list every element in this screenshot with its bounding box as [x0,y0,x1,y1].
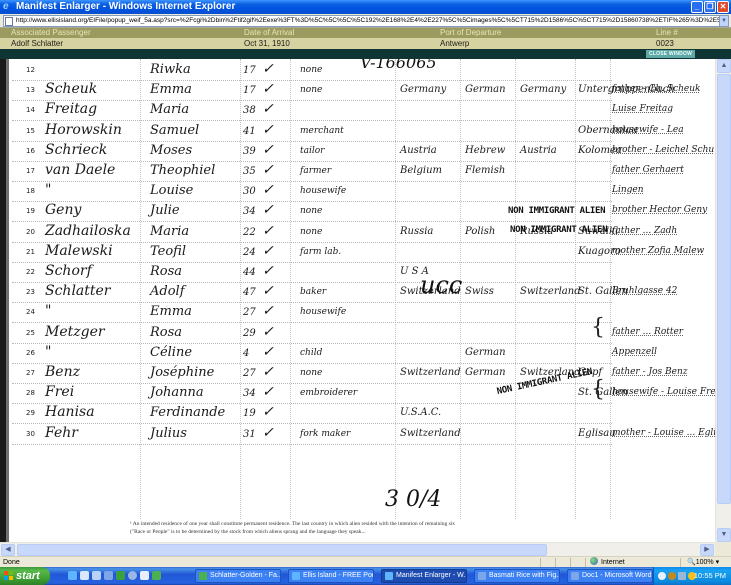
app-icon [199,572,207,580]
manifest-age: 17 [243,85,256,96]
manifest-given: Teofil [150,244,186,259]
manifest-surname: " [45,182,51,198]
manifest-relative: brother - Leichel Schu [612,145,714,155]
manifest-given: Ferdinande [150,405,225,420]
manifest-surname: Metzger [45,324,105,340]
manifest-relative: mother Zofia Malew [612,246,704,256]
manifest-row: 29HanisaFerdinande19U.S.A.C.✓ [0,404,715,424]
app-icon [571,572,579,580]
zoom-value: 100% [696,559,714,566]
start-button[interactable]: start [0,567,50,585]
manifest-relative: father Gerhaert [612,165,684,175]
scroll-right-button[interactable]: ▶ [700,544,714,556]
address-dropdown-button[interactable]: ▼ [719,15,729,27]
checkmark-icon: ✓ [262,61,274,77]
checkmark-icon: ✓ [262,122,274,138]
line-number: 30 [26,430,35,438]
manifest-nationality: Switzerland [400,367,461,378]
checkmark-icon: ✓ [262,162,274,178]
manifest-row: 15HorowskinSamuel41merchantObernaulauhou… [0,122,715,142]
header-port-of-departure: Port of Departure [440,28,501,38]
manifest-given: Maria [150,224,189,239]
quicklaunch-messenger-icon[interactable] [152,571,161,580]
manifest-race: Hebrew [465,145,505,156]
page-icon [5,17,13,26]
manifest-nationality: Austria [400,145,437,156]
manifest-nationality: Belgium [400,165,442,176]
checkmark-icon: ✓ [262,425,274,441]
taskbar-button-label: Schlatter-Golden - Fa... [210,572,281,579]
address-input[interactable]: http://www.ellisisland.org/EIFile/popup_… [3,15,721,27]
manifest-given: Johanna [150,385,204,400]
manifest-given: Louise [150,183,193,198]
bracket-mark: { [591,377,605,402]
address-url: http://www.ellisisland.org/EIFile/popup_… [16,17,721,24]
tray-network-icon[interactable] [678,572,686,580]
minimize-button[interactable]: _ [691,1,703,13]
manifest-row: 16SchrieckMoses39tailorAustriaHebrewAust… [0,142,715,162]
manifest-row: 14FreitagMaria38Luise Freitag✓ [0,101,715,121]
manifest-age: 17 [243,65,256,76]
manifest-age: 24 [243,247,256,258]
checkmark-icon: ✓ [262,303,274,319]
line-number: 26 [26,349,35,357]
manifest-age: 35 [243,166,256,177]
taskbar-button-label: Manifest Enlarger - W... [396,572,467,579]
line-number: 25 [26,329,35,337]
manifest-given: Theophiel [150,163,215,178]
manifest-row: 26"Céline4childGermanAppenzell✓ [0,344,715,364]
quicklaunch-excel-icon[interactable] [116,571,125,580]
checkmark-icon: ✓ [262,263,274,279]
manifest-relative: housewife - Louise Frei [612,387,715,397]
checkmark-icon: ✓ [262,344,274,360]
manifest-relative: Appenzell [612,347,657,357]
manifest-occupation: tailor [300,146,324,156]
line-number: 29 [26,409,35,417]
manifest-surname: Zadhailoska [45,223,131,239]
manifest-surname: Fehr [45,425,78,441]
manifest-surname: Schrieck [45,142,107,158]
manifest-country: Austria [520,145,557,156]
manifest-given: Adolf [150,284,185,299]
manifest-image: V-166065 12Riwka17none✓13ScheukEmma17non… [0,59,715,542]
clock: 10:55 PM [694,567,726,585]
manifest-surname: van Daele [45,162,115,178]
manifest-occupation: merchant [300,126,344,136]
passenger-info-row: Adolf Schlatter Oct 31, 1910 Antwerp 002… [0,38,731,49]
close-button[interactable]: ✕ [717,1,729,13]
manifest-age: 39 [243,146,256,157]
checkmark-icon: ✓ [262,101,274,117]
manifest-given: Joséphine [150,365,214,380]
manifest-occupation: housewife [300,307,346,317]
app-icon [478,572,486,580]
manifest-occupation: farm lab. [300,247,341,257]
manifest-surname: " [45,303,51,319]
line-number: 0023 [656,38,674,49]
manifest-row: 12Riwka17none✓ [0,61,715,81]
manifest-row: 22SchorfRosa44U S A✓ [0,263,715,283]
manifest-surname: Schorf [45,263,92,279]
manifest-relative: housewife - Lea [612,125,684,135]
manifest-surname: Freitag [45,101,97,117]
manifest-occupation: none [300,206,322,216]
manifest-row: 19GenyJulie34nonebrother Hector Geny✓ [0,202,715,222]
line-number: 17 [26,167,35,175]
arrival-date: Oct 31, 1910 [244,38,290,49]
manifest-race: Swiss [465,286,494,297]
non-immigrant-stamp-2: NON IMMIGRANT ALIEN [510,225,607,235]
scroll-down-button[interactable]: ▼ [717,528,731,542]
manifest-row: 13ScheukEmma17noneGermanyGermanGermanyUn… [0,81,715,101]
checkmark-icon: ✓ [262,404,274,420]
manifest-occupation: none [300,368,322,378]
passenger-name: Adolf Schlatter [11,38,63,49]
manifest-nationality: U.S.A.C. [400,407,441,418]
restore-button[interactable]: ❐ [704,1,716,13]
manifest-row: 24"Emma27housewife✓ [0,303,715,323]
taskbar-button-label: Ellis Island - FREE Por... [303,572,374,579]
line-number: 18 [26,187,35,195]
manifest-row: 18"Louise30housewifeLingen✓ [0,182,715,202]
manifest-nationality: Russia [400,226,433,237]
quicklaunch-desktop-icon[interactable] [80,571,89,580]
manifest-race: German [465,367,506,378]
manifest-given: Riwka [150,62,191,77]
manifest-occupation: none [300,65,322,75]
checkmark-icon: ✓ [262,202,274,218]
manifest-race: German [465,84,506,95]
vertical-scrollbar[interactable]: ▲ ▼ [715,59,731,542]
horizontal-scroll-thumb[interactable] [17,544,547,556]
manifest-surname: Schlatter [45,283,111,299]
non-immigrant-stamp-1: NON IMMIGRANT ALIEN [508,206,605,216]
manifest-row: 20ZadhailoskaMaria22noneRussiaPolishRuss… [0,223,715,243]
scroll-corner [715,542,731,556]
manifest-given: Emma [150,304,192,319]
line-number: 27 [26,369,35,377]
checkmark-icon: ✓ [262,384,274,400]
manifest-age: 29 [243,328,256,339]
manifest-given: Samuel [150,123,199,138]
line-number: 20 [26,228,35,236]
manifest-surname: " [45,344,51,360]
manifest-occupation: none [300,85,322,95]
line-number: 19 [26,207,35,215]
line-number: 22 [26,268,35,276]
taskbar-button-label: Basmati Rice with Fig... [489,572,560,579]
app-icon [385,572,393,580]
manifest-age: 47 [243,287,256,298]
passenger-info-header: Associated Passenger Date of Arrival Por… [0,28,731,38]
line-number: 21 [26,248,35,256]
zone-label: Internet [601,559,625,566]
tray-security-icon[interactable] [668,572,676,580]
app-icon [292,572,300,580]
manifest-relative: father - Ch. Scheuk [612,84,700,94]
tray-arrow-icon[interactable] [658,572,666,580]
manifest-age: 19 [243,408,256,419]
manifest-occupation: housewife [300,186,346,196]
windows-logo-icon [4,571,14,581]
manifest-age: 34 [243,206,256,217]
manifest-given: Emma [150,82,192,97]
footnote-line: ("Race or People" is to be determined by… [130,528,455,536]
manifest-surname: Scheuk [45,81,97,97]
manifest-given: Rosa [150,264,182,279]
manifest-city: Eglisau [578,428,616,439]
line-number: 28 [26,389,35,397]
header-line-number: Line # [656,28,678,38]
horizontal-scrollbar[interactable]: ◀ ▶ [0,542,715,556]
manifest-occupation: child [300,348,322,358]
globe-icon [590,557,598,565]
line-number: 24 [26,308,35,316]
taskbar-button[interactable]: Ellis Island - FREE Por... [288,569,374,583]
bracket-mark: { [591,315,605,340]
manifest-surname: Geny [45,202,81,218]
close-window-bar: CLOSE WINDOW [0,49,731,59]
usa-annotation: ucc [420,271,462,299]
title-bar: e Manifest Enlarger - Windows Internet E… [0,0,731,14]
quicklaunch-media-icon[interactable] [92,571,101,580]
header-date-of-arrival: Date of Arrival [244,28,294,38]
manifest-given: Céline [150,345,192,360]
manifest-surname: Horowskin [45,122,122,138]
line-number: 13 [26,86,35,94]
line-number: 23 [26,288,35,296]
quicklaunch-outlook-icon[interactable] [128,571,137,580]
line-number: 14 [26,106,35,114]
window-title: Manifest Enlarger - Windows Internet Exp… [16,1,235,12]
manifest-age: 30 [243,186,256,197]
address-bar: http://www.ellisisland.org/EIFile/popup_… [0,14,731,28]
manifest-age: 27 [243,368,256,379]
line-number: 16 [26,147,35,155]
taskbar-button[interactable]: Basmati Rice with Fig... [474,569,560,583]
checkmark-icon: ✓ [262,324,274,340]
footnote-line: ¹ An intended residence of one year shal… [130,520,455,528]
manifest-relative: Bruhlgasse 42 [612,286,677,296]
manifest-row: 23SchlatterAdolf47bakerSwitzerlandSwissS… [0,283,715,303]
manifest-nationality: Germany [400,84,446,95]
manifest-given: Julie [150,203,180,218]
manifest-occupation: embroiderer [300,388,357,398]
manifest-given: Rosa [150,325,182,340]
checkmark-icon: ✓ [262,142,274,158]
manifest-country: Switzerland [520,286,581,297]
manifest-race: Polish [465,226,495,237]
manifest-occupation: baker [300,287,326,297]
manifest-relative: Lingen [612,185,644,195]
manifest-row: 25MetzgerRosa29father ... Rotter✓ [0,324,715,344]
manifest-nationality: Switzerland [400,428,461,439]
taskbar-button[interactable]: Doc1 - Microsoft Word [567,569,653,583]
taskbar-button[interactable]: Schlatter-Golden - Fa... [195,569,281,583]
taskbar-button-label: Doc1 - Microsoft Word [582,572,652,579]
manifest-row: 28FreiJohanna34embroidererSt. Gallenhous… [0,384,715,404]
start-label: start [16,570,40,582]
browser-window: e Manifest Enlarger - Windows Internet E… [0,0,731,567]
page-content: Associated Passenger Date of Arrival Por… [0,28,731,542]
checkmark-icon: ✓ [262,182,274,198]
manifest-row: 21MalewskiTeofil24farm lab.Kuagoromother… [0,243,715,263]
quicklaunch-word-icon[interactable] [104,571,113,580]
manifest-race: Flemish [465,165,505,176]
manifest-row: 17van DaeleTheophiel35farmerBelgiumFlemi… [0,162,715,182]
manifest-age: 44 [243,267,256,278]
scroll-up-button[interactable]: ▲ [717,59,731,73]
system-tray: 10:55 PM [653,567,731,585]
manifest-given: Moses [150,143,192,158]
manifest-row: 30FehrJulius31fork makerSwitzerlandEglis… [0,425,715,445]
manifest-occupation: fork maker [300,429,350,439]
manifest-surname: Malewski [45,243,113,259]
quicklaunch-app-icon[interactable] [140,571,149,580]
checkmark-icon: ✓ [262,283,274,299]
manifest-surname: Frei [45,384,74,400]
manifest-relative: Luise Freitag [612,104,673,114]
manifest-age: 4 [243,348,249,359]
departure-port: Antwerp [440,38,469,49]
bottom-annotation: 3 0/4 [385,487,441,512]
checkmark-icon: ✓ [262,364,274,380]
manifest-age: 38 [243,105,256,116]
manifest-age: 27 [243,307,256,318]
line-number: 15 [26,127,35,135]
footnote: ¹ An intended residence of one year shal… [130,520,455,536]
vertical-scroll-thumb[interactable] [717,74,731,504]
ie-logo-icon: e [3,2,13,12]
manifest-country: Germany [520,84,566,95]
manifest-row: 27BenzJoséphine27noneSwitzerlandGermanSw… [0,364,715,384]
header-associated-passenger: Associated Passenger [11,28,91,38]
manifest-surname: Hanisa [45,404,95,420]
close-window-button[interactable]: CLOSE WINDOW [646,50,695,58]
manifest-surname: Benz [45,364,80,380]
manifest-given: Maria [150,102,189,117]
manifest-occupation: none [300,227,322,237]
manifest-relative: mother - Louise ... Eglisau [612,428,715,438]
manifest-age: 41 [243,126,256,137]
manifest-relative: father ... Zadh [612,226,677,236]
manifest-age: 34 [243,388,256,399]
checkmark-icon: ✓ [262,243,274,259]
manifest-relative: brother Hector Geny [612,205,707,215]
taskbar: start Schlatter-Golden - Fa...Ellis Isla… [0,567,731,585]
quicklaunch-ie-icon[interactable] [68,571,77,580]
manifest-age: 31 [243,429,256,440]
line-number: 12 [26,66,35,74]
taskbar-button[interactable]: Manifest Enlarger - W... [381,569,467,583]
checkmark-icon: ✓ [262,223,274,239]
manifest-age: 22 [243,227,256,238]
manifest-race: German [465,347,506,358]
manifest-relative: father ... Rotter [612,327,683,337]
manifest-occupation: farmer [300,166,331,176]
checkmark-icon: ✓ [262,81,274,97]
manifest-given: Julius [150,426,187,441]
manifest-relative: father - Jos Benz [612,367,688,377]
scroll-left-button[interactable]: ◀ [1,544,15,556]
